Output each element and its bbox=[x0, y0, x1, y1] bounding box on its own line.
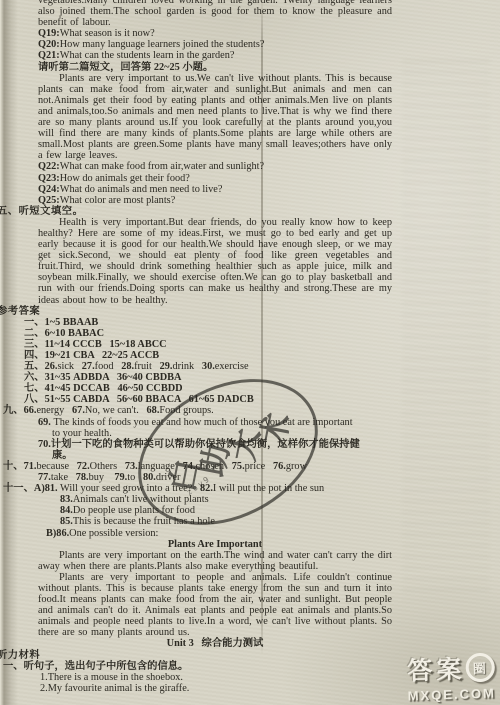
answer-line: 84.Do people use plants for food bbox=[60, 505, 400, 516]
question-line: Q22:What can make food from air,water an… bbox=[38, 161, 400, 172]
text-segment: language bbox=[138, 461, 175, 472]
text-segment: What season is it now? bbox=[60, 28, 155, 39]
text-column: vegetables.Many children loved working i… bbox=[0, 0, 400, 694]
essay-paragraph: Plants are very important on the earth.T… bbox=[38, 550, 392, 572]
answer-line: 二、6~10 BABAC bbox=[24, 328, 400, 339]
scanned-answer-page: { "page": { "bg_color": "#d8d5c6", "text… bbox=[0, 0, 500, 705]
text-segment: 68. bbox=[139, 405, 160, 416]
text-segment: 六、31~35 ADBDA 36~40 CBDBA bbox=[24, 372, 181, 383]
answer-line: 八、51~55 CABDA 56~60 BBACA 61~65 DADCB bbox=[24, 394, 400, 405]
text-segment: grow bbox=[286, 461, 307, 472]
text-segment: 五、26. bbox=[24, 361, 57, 372]
answer-line: B)86.One possible version: bbox=[46, 528, 400, 539]
answer-line-continuation: to your health. bbox=[52, 428, 400, 439]
watermark-circle-icon: 圈 bbox=[465, 652, 495, 682]
answer-line: 十、71.because 72.Others 73.language 74.ch… bbox=[3, 461, 400, 472]
text-segment: 85. bbox=[60, 516, 73, 527]
text-segment: 九、66. bbox=[3, 405, 36, 416]
question-line: Q25:What color are most plants? bbox=[38, 195, 400, 206]
question-line: Q21:What can the students learn in the g… bbox=[38, 50, 400, 61]
text-segment: I will put the pot in the sun bbox=[213, 483, 324, 494]
text-segment: What can the students learn in the garde… bbox=[60, 50, 235, 61]
text-segment: 二、6~10 BABAC bbox=[24, 328, 104, 339]
text-segment: 67. bbox=[64, 405, 85, 416]
text-segment: 八、51~55 CABDA 56~60 BBACA 61~65 DADCB bbox=[24, 394, 254, 405]
essay-title: Plants Are Important bbox=[38, 539, 392, 550]
answer-line-continuation: 康。 bbox=[52, 450, 400, 461]
text-segment: 69. bbox=[38, 417, 53, 428]
answer-line: 六、31~35 ADBDA 36~40 CBDBA bbox=[24, 372, 400, 383]
text-segment: 27. bbox=[74, 361, 95, 372]
text-segment: 82. bbox=[200, 483, 213, 494]
text-segment: 29. bbox=[152, 361, 173, 372]
text-segment: 73. bbox=[117, 461, 138, 472]
text-segment: 75. bbox=[224, 461, 245, 472]
text-segment: Q21: bbox=[38, 50, 60, 61]
text-segment: Q19: bbox=[38, 28, 60, 39]
text-segment: 康。 bbox=[52, 450, 73, 461]
question-line: Q23:How do animals get their food? bbox=[38, 173, 400, 184]
bleed-through-ghost bbox=[402, 60, 490, 600]
text-segment: The kinds of foods you eat and how much … bbox=[53, 417, 352, 428]
unit-heading: Unit 3 综合能力测试 bbox=[38, 638, 392, 649]
text-segment: 70.计划一下吃的食物种类可以帮助你保持饮食均衡，这样你才能保持健 bbox=[38, 439, 360, 450]
text-segment: Food groups. bbox=[159, 405, 213, 416]
answer-line: 七、41~45 DCCAB 46~50 CCBDD bbox=[24, 383, 400, 394]
answer-line: 一、1~5 BBAAB bbox=[24, 317, 400, 328]
answer-line: 四、19~21 CBA 22~25 ACCB bbox=[24, 350, 400, 361]
text-segment: Q25: bbox=[38, 195, 60, 206]
text-segment: Q22: bbox=[38, 161, 60, 172]
text-segment: sick bbox=[57, 361, 74, 372]
text-segment: How many language learners joined the st… bbox=[60, 39, 265, 50]
text-segment: Q24: bbox=[38, 184, 60, 195]
listening-passage-health: Health is very important.But dear friend… bbox=[38, 217, 392, 306]
text-segment: 一、听句子，选出句子中所包含的信息。 bbox=[3, 661, 188, 672]
text-segment: No, we can't. bbox=[85, 405, 139, 416]
text-segment: 一、1~5 BBAAB bbox=[24, 317, 98, 328]
text-segment: 十一、A)81. bbox=[3, 483, 58, 494]
answer-line: 70.计划一下吃的食物种类可以帮助你保持饮食均衡，这样你才能保持健 bbox=[38, 439, 400, 450]
text-segment: 84. bbox=[60, 505, 73, 516]
text-segment: chosen bbox=[195, 461, 224, 472]
text-segment: energy bbox=[36, 405, 64, 416]
answer-line: 十一、A)81. Will your seed grow into a tree… bbox=[3, 483, 400, 494]
listening-sentence: 1.There is a mouse in the shoebox. bbox=[40, 672, 400, 683]
answer-line: 77.take 78.buy 79.to 80.driver bbox=[38, 472, 400, 483]
answer-line: 五、26.sick 27.food 28.fruit 29.drink 30.e… bbox=[24, 361, 400, 372]
text-segment: Others bbox=[90, 461, 117, 472]
watermark-char: 答 bbox=[406, 651, 433, 688]
essay-paragraph: Plants are very important to people and … bbox=[38, 572, 392, 639]
text-segment: driver bbox=[156, 472, 181, 483]
section-instruction: 一、听句子，选出句子中所包含的信息。 bbox=[3, 661, 400, 672]
answer-line: 三、11~14 CCCB 15~18 ABCC bbox=[24, 339, 400, 350]
answer-line: 九、66.energy 67.No, we can't. 68.Food gro… bbox=[3, 405, 400, 416]
text-segment: B)86. bbox=[46, 528, 69, 539]
listening-passage-tail: vegetables.Many children loved working i… bbox=[38, 0, 392, 28]
text-segment: fruit bbox=[134, 361, 152, 372]
text-segment: 77. bbox=[38, 472, 51, 483]
answer-line: 69. The kinds of foods you eat and how m… bbox=[38, 417, 400, 428]
text-segment: What do animals and men need to live? bbox=[60, 184, 223, 195]
text-segment: 76. bbox=[265, 461, 286, 472]
question-line: Q19:What season is it now? bbox=[38, 28, 400, 39]
text-segment: This is because the fruit has a hole bbox=[73, 516, 215, 527]
text-segment: 80. bbox=[135, 472, 156, 483]
text-segment: How do animals get their food? bbox=[60, 173, 190, 184]
listening-sentence: 2.My favourite animal is the giraffe. bbox=[40, 683, 400, 694]
text-segment: 74. bbox=[175, 461, 196, 472]
section-instruction: 请听第二篇短文，回答第 22~25 小题。 bbox=[38, 62, 400, 73]
text-segment: drink bbox=[172, 361, 194, 372]
text-segment: 79. bbox=[104, 472, 127, 483]
watermark-logo: 答案圈 MXQE.COM bbox=[406, 648, 496, 703]
text-segment: because bbox=[36, 461, 69, 472]
text-segment: buy bbox=[89, 472, 104, 483]
text-segment: 十、71. bbox=[3, 461, 36, 472]
text-segment: Will your seed grow into a tree? bbox=[58, 483, 200, 494]
question-line: Q20:How many language learners joined th… bbox=[38, 39, 400, 50]
answers-heading: 参考答案 bbox=[0, 306, 400, 317]
text-segment: One possible version: bbox=[69, 528, 158, 539]
text-segment: 三、11~14 CCCB 15~18 ABCC bbox=[24, 339, 167, 350]
text-segment: Do people use plants for food bbox=[73, 505, 195, 516]
text-segment: take bbox=[51, 472, 68, 483]
listening-material-heading: 听力材料 bbox=[0, 650, 400, 661]
text-segment: 72. bbox=[69, 461, 90, 472]
question-line: Q24:What do animals and men need to live… bbox=[38, 184, 400, 195]
text-segment: What color are most plants? bbox=[60, 195, 176, 206]
text-segment: 28. bbox=[114, 361, 135, 372]
text-segment: exercise bbox=[215, 361, 249, 372]
listening-passage-plants: Plants are very important to us.We can't… bbox=[38, 73, 392, 162]
text-segment: 30. bbox=[194, 361, 215, 372]
text-segment: Animals can't live without plants bbox=[73, 494, 209, 505]
text-segment: 七、41~45 DCCAB 46~50 CCBDD bbox=[24, 383, 183, 394]
text-segment: Q23: bbox=[38, 173, 60, 184]
text-segment: Q20: bbox=[38, 39, 60, 50]
watermark-title: 答案圈 bbox=[406, 648, 495, 687]
answer-line: 83.Animals can't live without plants bbox=[60, 494, 400, 505]
text-segment: price bbox=[245, 461, 266, 472]
answer-line: 85.This is because the fruit has a hole bbox=[60, 516, 400, 527]
text-segment: What can make food from air,water and su… bbox=[60, 161, 264, 172]
section-heading: 五、听短文填空。 bbox=[0, 206, 400, 217]
watermark-domain: MXQE.COM bbox=[407, 685, 496, 703]
text-segment: 83. bbox=[60, 494, 73, 505]
watermark-char: 案 bbox=[435, 650, 462, 687]
text-segment: 四、19~21 CBA 22~25 ACCB bbox=[24, 350, 159, 361]
text-segment: food bbox=[95, 361, 114, 372]
text-segment: 78. bbox=[68, 472, 89, 483]
